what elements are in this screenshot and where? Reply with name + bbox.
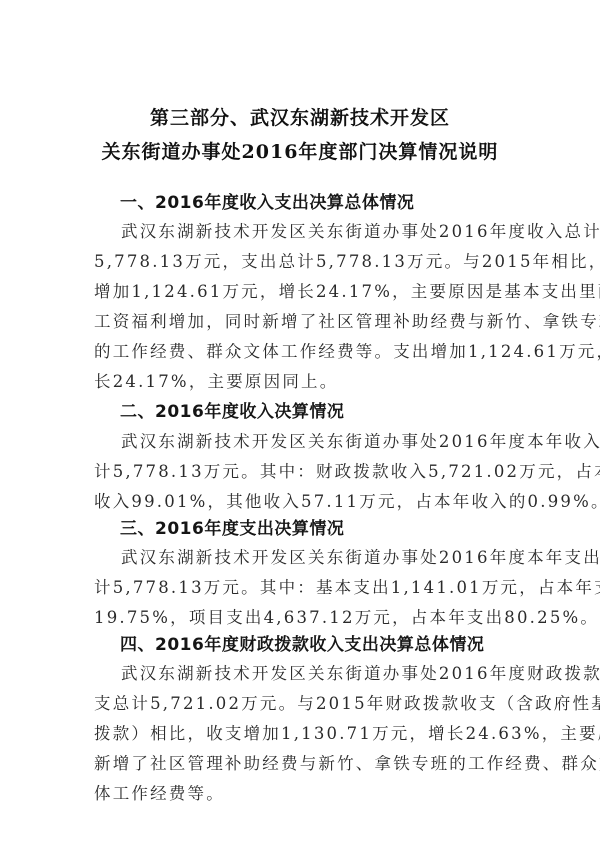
paragraph-line: 武汉东湖新技术开发区关东街道办事处2016年度本年支出合	[121, 544, 531, 568]
paragraph-line: 拨款）相比，收支增加1,130.71万元，增长24.63%，主要原因是：	[94, 720, 534, 744]
document-title-line1: 第三部分、武汉东湖新技术开发区	[0, 103, 600, 130]
section-heading-3: 三、2016年度支出决算情况	[120, 514, 344, 539]
paragraph-line: 计5,778.13万元。其中：财政拨款收入5,721.02万元，占本年	[94, 458, 534, 482]
paragraph-line: 长24.17%，主要原因同上。	[94, 368, 534, 392]
section-heading-2: 二、2016年度收入决算情况	[120, 397, 344, 422]
paragraph-line: 武汉东湖新技术开发区关东街道办事处2016年度本年收入合	[121, 428, 531, 452]
paragraph-line: 新增了社区管理补助经费与新竹、拿铁专班的工作经费、群众文	[94, 750, 534, 774]
paragraph-line: 5,778.13万元，支出总计5,778.13万元。与2015年相比，收入	[94, 248, 534, 272]
paragraph-line: 工资福利增加，同时新增了社区管理补助经费与新竹、拿铁专班	[94, 308, 534, 332]
section-heading-1: 一、2016年度收入支出决算总体情况	[120, 188, 414, 213]
paragraph-line: 的工作经费、群众文体工作经费等。支出增加1,124.61万元，增	[94, 338, 534, 362]
paragraph-line: 计5,778.13万元。其中：基本支出1,141.01万元，占本年支出	[94, 574, 534, 598]
paragraph-line: 19.75%，项目支出4,637.12万元，占本年支出80.25%。	[94, 604, 534, 628]
paragraph-line: 增加1,124.61万元，增长24.17%，主要原因是基本支出里面人员	[94, 278, 534, 302]
paragraph-line: 武汉东湖新技术开发区关东街道办事处2016年度收入总计	[121, 218, 531, 242]
paragraph-line: 武汉东湖新技术开发区关东街道办事处2016年度财政拨款收	[121, 660, 531, 684]
document-page: 第三部分、武汉东湖新技术开发区 关东街道办事处2016年度部门决算情况说明 一、…	[0, 0, 600, 848]
paragraph-line: 支总计5,721.02万元。与2015年财政拨款收支（含政府性基金	[94, 690, 534, 714]
paragraph-line: 收入99.01%，其他收入57.11万元，占本年收入的0.99%。	[94, 488, 534, 512]
paragraph-line: 体工作经费等。	[94, 780, 534, 804]
section-heading-4: 四、2016年度财政拨款收入支出决算总体情况	[120, 630, 484, 655]
document-title-line2: 关东街道办事处2016年度部门决算情况说明	[0, 137, 600, 164]
